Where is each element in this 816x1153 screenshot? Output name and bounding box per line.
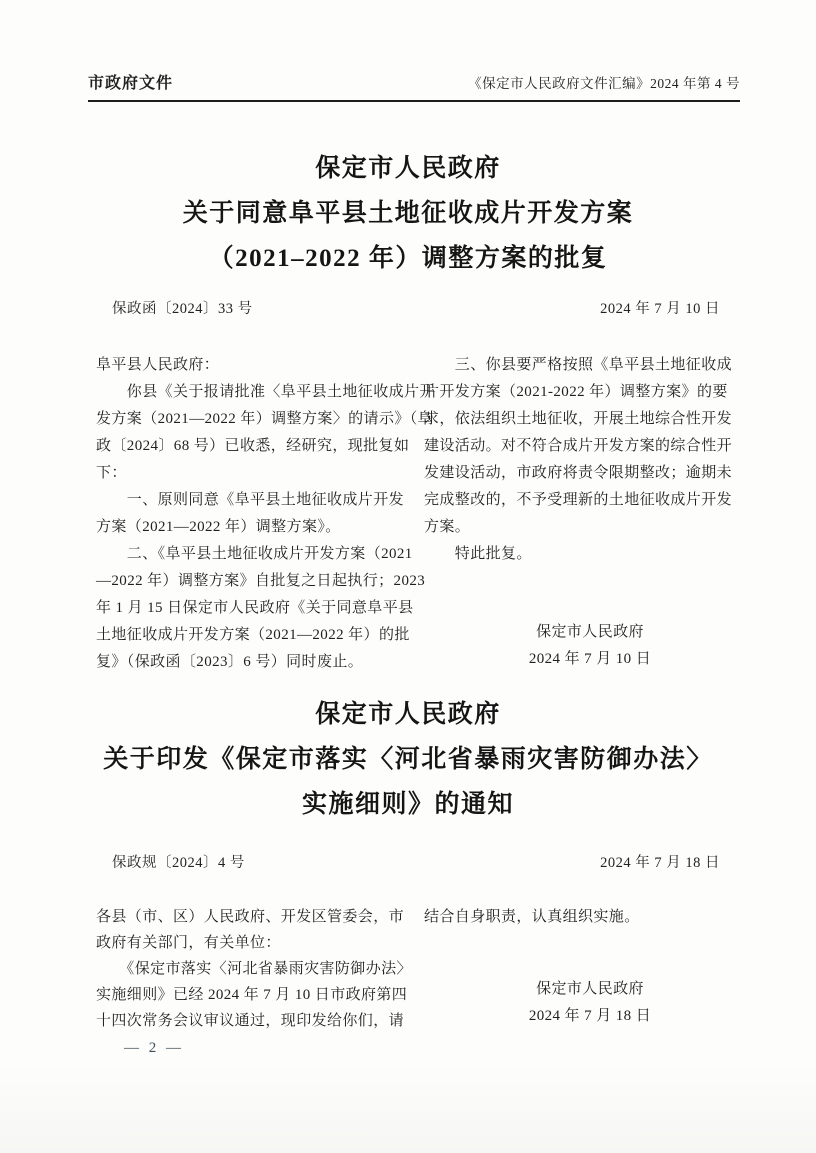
text-line: 特此批复。 — [424, 541, 742, 568]
text-line: 复》（保政函〔2023〕6 号）同时废止。 — [96, 649, 414, 676]
text-line: 下： — [96, 460, 414, 487]
page-number: — 2 — — [124, 1040, 184, 1057]
text-line: 政府有关部门，有关单位： — [96, 930, 414, 956]
header-category-label: 市政府文件 — [88, 70, 173, 93]
doc1-signature-name: 保定市人民政府 — [438, 619, 742, 646]
text-line: 关于印发《保定市落实〈河北省暴雨灾害防御办法〉 — [0, 737, 816, 782]
doc1-number-row: 保政函〔2024〕33 号 2024 年 7 月 10 日 — [112, 297, 720, 318]
page-header: 市政府文件 《保定市人民政府文件汇编》2024 年第 4 号 — [88, 70, 740, 102]
text-line: 保定市人民政府 — [0, 692, 816, 737]
text-line: 实施细则》的通知 — [0, 782, 816, 827]
text-line: 各县（市、区）人民政府、开发区管委会，市 — [96, 904, 414, 930]
text-line: （2021–2022 年）调整方案的批复 — [0, 236, 816, 281]
text-line: 关于同意阜平县土地征收成片开发方案 — [0, 191, 816, 236]
text-line: 建设活动。对不符合成片开发方案的综合性开 — [424, 433, 742, 460]
text-line: 实施细则》已经 2024 年 7 月 10 日市政府第四 — [96, 982, 414, 1008]
text-line: 方案（2021—2022 年）调整方案》。 — [96, 514, 414, 541]
text-line: 求，依法组织土地征收，开展土地综合性开发 — [424, 406, 742, 433]
text-line: 政〔2024〕68 号）已收悉，经研究，现批复如 — [96, 433, 414, 460]
doc2-date: 2024 年 7 月 18 日 — [600, 851, 720, 872]
doc2-signature-name: 保定市人民政府 — [438, 976, 742, 1003]
header-gazette-label: 《保定市人民政府文件汇编》2024 年第 4 号 — [468, 72, 740, 93]
text-line: 十四次常务会议审议通过，现印发给你们，请 — [96, 1008, 414, 1034]
doc2-number: 保政规〔2024〕4 号 — [112, 851, 245, 872]
text-line: 完成整改的，不予受理新的土地征收成片开发 — [424, 487, 742, 514]
text-line: 阜平县人民政府： — [96, 352, 414, 379]
doc2-title: 保定市人民政府关于印发《保定市落实〈河北省暴雨灾害防御办法〉实施细则》的通知 — [0, 692, 816, 827]
text-line: 三、你县要严格按照《阜平县土地征收成 — [424, 352, 742, 379]
doc2-signature: 保定市人民政府 2024 年 7 月 18 日 — [424, 976, 742, 1030]
text-line: 年 1 月 15 日保定市人民政府《关于同意阜平县 — [96, 595, 414, 622]
doc2-column-right-text: 结合自身职责，认真组织实施。 — [424, 904, 742, 930]
doc1-title: 保定市人民政府关于同意阜平县土地征收成片开发方案（2021–2022 年）调整方… — [0, 146, 816, 281]
document-page: 市政府文件 《保定市人民政府文件汇编》2024 年第 4 号 保定市人民政府关于… — [0, 0, 816, 1153]
doc1-column-right-text: 三、你县要严格按照《阜平县土地征收成片开发方案（2021-2022 年）调整方案… — [424, 352, 742, 568]
doc2-number-row: 保政规〔2024〕4 号 2024 年 7 月 18 日 — [112, 851, 720, 872]
doc1-number: 保政函〔2024〕33 号 — [112, 297, 253, 318]
text-line: 发方案（2021—2022 年）调整方案〉的请示》（阜 — [96, 406, 414, 433]
text-line: —2022 年）调整方案》自批复之日起执行；2023 — [96, 568, 414, 595]
text-line: 土地征收成片开发方案（2021—2022 年）的批 — [96, 622, 414, 649]
text-line: 你县《关于报请批准〈阜平县土地征收成片开 — [96, 379, 414, 406]
text-line: 《保定市落实〈河北省暴雨灾害防御办法〉 — [96, 956, 414, 982]
text-line: 保定市人民政府 — [0, 146, 816, 191]
text-line: 发建设活动，市政府将责令限期整改；逾期未 — [424, 460, 742, 487]
doc1-column-left: 阜平县人民政府： 你县《关于报请批准〈阜平县土地征收成片开发方案（2021—20… — [96, 352, 414, 676]
doc2-signature-date: 2024 年 7 月 18 日 — [438, 1003, 742, 1030]
text-line: 结合自身职责，认真组织实施。 — [424, 904, 742, 930]
doc1-date: 2024 年 7 月 10 日 — [600, 297, 720, 318]
text-line: 二、《阜平县土地征收成片开发方案（2021 — [96, 541, 414, 568]
doc1-signature: 保定市人民政府 2024 年 7 月 10 日 — [424, 619, 742, 673]
doc1-column-right: 三、你县要严格按照《阜平县土地征收成片开发方案（2021-2022 年）调整方案… — [424, 352, 742, 673]
doc2-column-right: 结合自身职责，认真组织实施。 保定市人民政府 2024 年 7 月 18 日 — [424, 904, 742, 1030]
text-line: 一、原则同意《阜平县土地征收成片开发 — [96, 487, 414, 514]
doc1-signature-date: 2024 年 7 月 10 日 — [438, 646, 742, 673]
doc2-column-left: 各县（市、区）人民政府、开发区管委会，市政府有关部门，有关单位： 《保定市落实〈… — [96, 904, 414, 1034]
text-line: 方案。 — [424, 514, 742, 541]
text-line: 片开发方案（2021-2022 年）调整方案》的要 — [424, 379, 742, 406]
